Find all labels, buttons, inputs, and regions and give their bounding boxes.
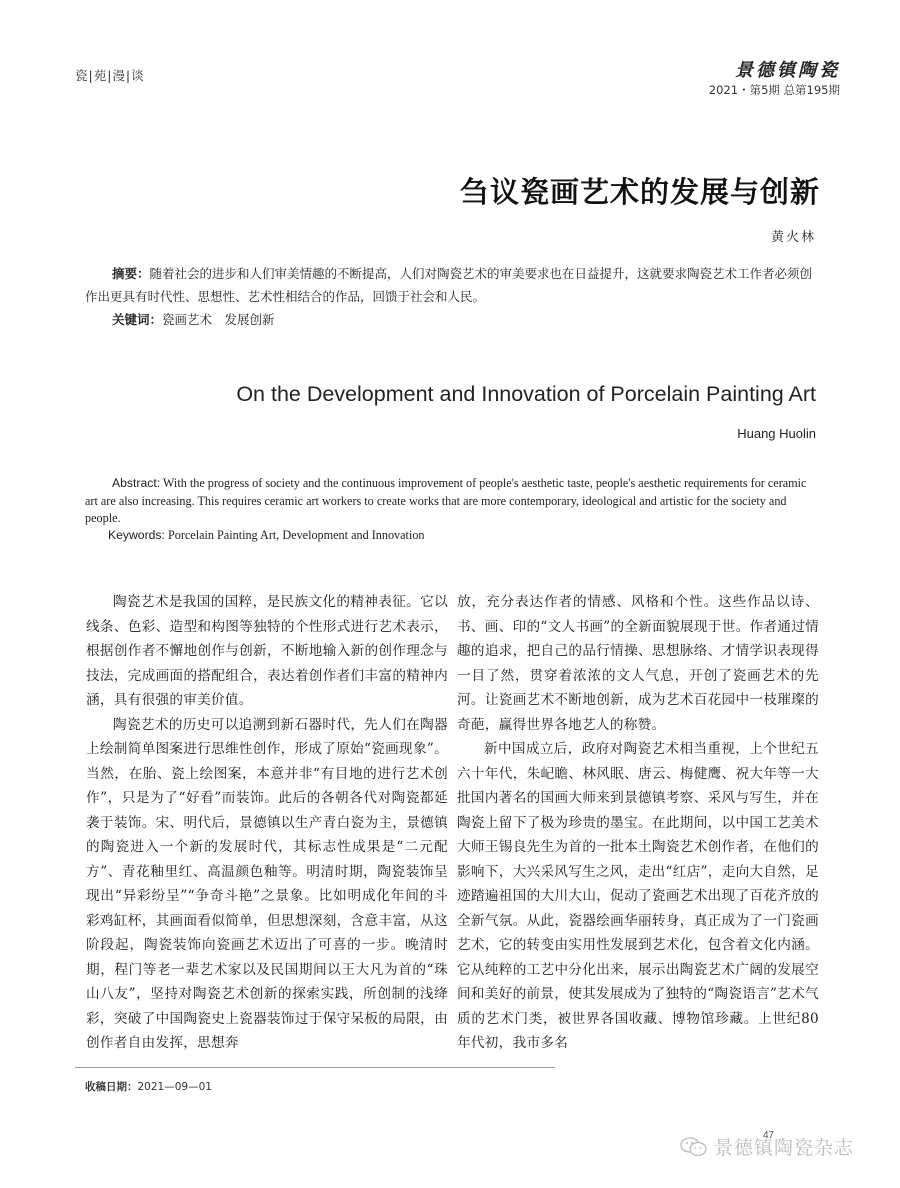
received-date: 收稿日期：2021—09—01 (85, 1079, 212, 1094)
keywords-zh-label: 关键词： (112, 312, 162, 327)
abstract-zh-text: 随着社会的进步和人们审美情趣的不断提高，人们对陶瓷艺术的审美要求也在日益提升，这… (85, 266, 812, 304)
paragraph: 陶瓷艺术的历史可以追溯到新石器时代，先人们在陶器上绘制简单图案进行思维性创作，形… (86, 713, 448, 1056)
paragraph: 放，充分表达作者的情感、风格和个性。这些作品以诗、书、画、印的“文人书画”的全新… (457, 590, 819, 737)
received-value: 2021—09—01 (138, 1081, 212, 1093)
footnote-divider (75, 1067, 555, 1068)
article-title-zh: 刍议瓷画艺术的发展与创新 (460, 170, 820, 211)
keywords-en-text: Porcelain Painting Art, Development and … (165, 528, 425, 542)
issue-info: 2021・第5期 总第195期 (709, 82, 840, 98)
abstract-zh-label: 摘要： (112, 266, 150, 281)
journal-logo: 景德镇陶瓷 (735, 56, 840, 82)
author-zh: 黄火林 (771, 226, 816, 245)
wechat-icon (680, 1136, 708, 1158)
body-column-right: 放，充分表达作者的情感、风格和个性。这些作品以诗、书、画、印的“文人书画”的全新… (457, 590, 819, 1056)
abstract-en: Abstract: With the progress of society a… (85, 475, 820, 528)
keywords-en-label: Keywords: (108, 528, 165, 542)
abstract-en-label: Abstract: (112, 476, 160, 490)
paragraph: 陶瓷艺术是我国的国粹，是民族文化的精神表征。它以线条、色彩、造型和构图等独特的个… (86, 590, 448, 713)
body-column-left: 陶瓷艺术是我国的国粹，是民族文化的精神表征。它以线条、色彩、造型和构图等独特的个… (86, 590, 448, 1056)
keywords-en: Keywords: Porcelain Painting Art, Develo… (108, 528, 425, 543)
abstract-zh: 摘要：随着社会的进步和人们审美情趣的不断提高，人们对陶瓷艺术的审美要求也在日益提… (85, 262, 820, 308)
author-en: Huang Huolin (737, 426, 816, 441)
keywords-zh: 关键词：瓷画艺术 发展创新 (112, 310, 275, 328)
watermark-text: 景德镇陶瓷杂志 (714, 1133, 854, 1160)
abstract-en-text: With the progress of society and the con… (85, 476, 806, 525)
watermark: 景德镇陶瓷杂志 (680, 1133, 854, 1160)
section-tag: 瓷|苑|漫|谈 (75, 66, 145, 84)
received-label: 收稿日期： (85, 1081, 138, 1093)
article-title-en: On the Development and Innovation of Por… (236, 382, 816, 407)
keywords-zh-text: 瓷画艺术 发展创新 (162, 312, 275, 327)
paragraph: 新中国成立后，政府对陶瓷艺术相当重视，上个世纪五六十年代，朱屺瞻、林风眠、唐云、… (457, 737, 819, 1056)
